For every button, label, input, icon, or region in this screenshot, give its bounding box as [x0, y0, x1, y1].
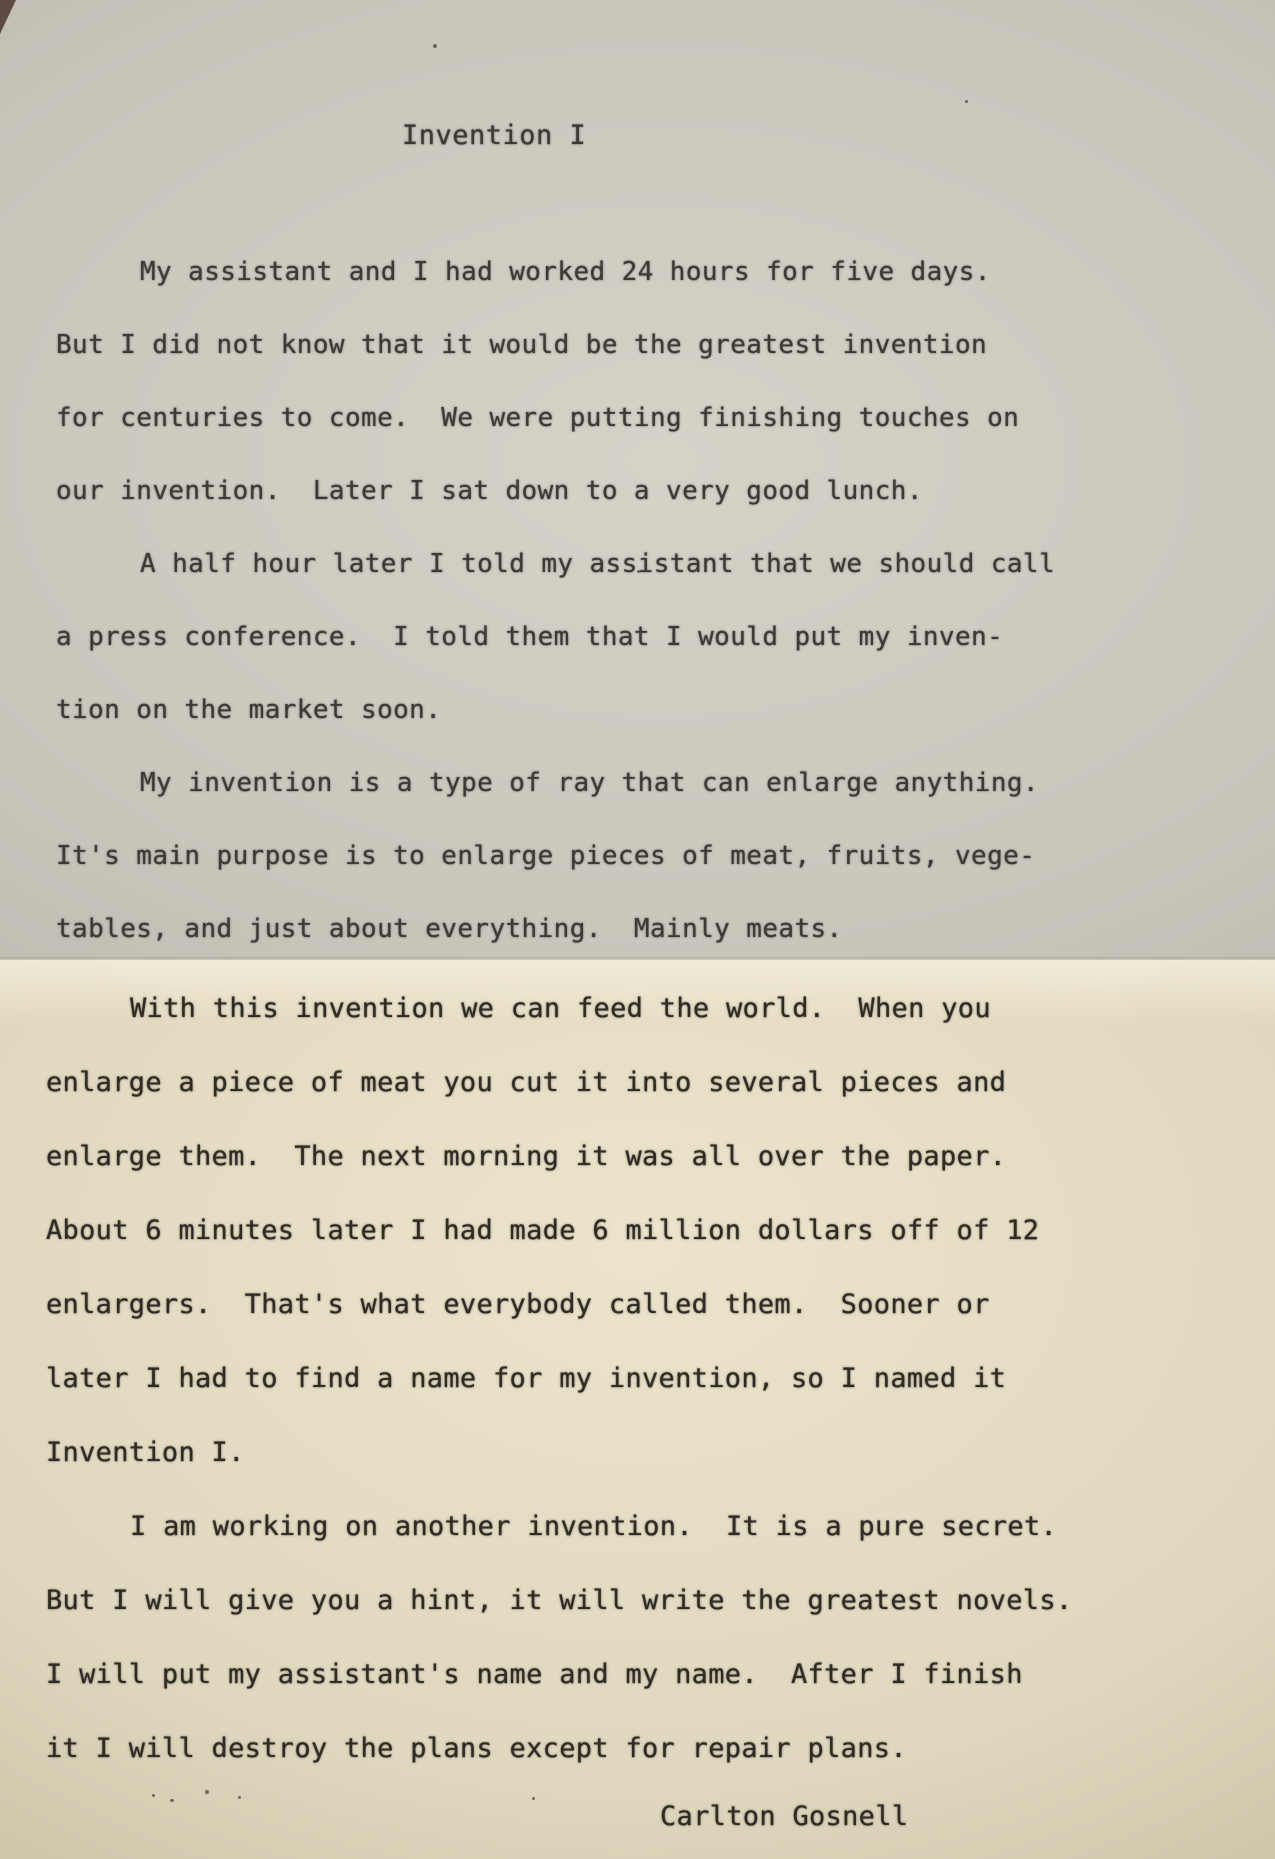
- ink-speck: [205, 1790, 209, 1794]
- signature: Carlton Gosnell: [0, 1801, 1275, 1832]
- ink-speck: [965, 100, 968, 103]
- ink-speck: [238, 1796, 241, 1799]
- text-line: Invention I.: [46, 1437, 1275, 1511]
- ink-speck: [433, 44, 437, 48]
- ink-speck: [532, 1797, 535, 1800]
- ink-speck: [170, 1799, 174, 1802]
- ink-speck: [637, 570, 640, 573]
- text-line: enlargers. That's what everybody called …: [46, 1289, 1275, 1363]
- typewritten-page: Invention I My assistant and I had worke…: [0, 0, 1275, 1859]
- text-line: I will put my assistant's name and my na…: [46, 1659, 1275, 1733]
- text-line: About 6 minutes later I had made 6 milli…: [46, 1215, 1275, 1289]
- text-line: our invention. Later I sat down to a ver…: [56, 476, 1275, 549]
- text-line: tion on the market soon.: [56, 695, 1275, 768]
- text-line: it I will destroy the plans except for r…: [46, 1733, 1275, 1807]
- text-line: My invention is a type of ray that can e…: [56, 768, 1275, 841]
- text-line: My assistant and I had worked 24 hours f…: [56, 257, 1275, 330]
- text-line: But I will give you a hint, it will writ…: [46, 1585, 1275, 1659]
- text-line: for centuries to come. We were putting f…: [56, 403, 1275, 476]
- page-section-top: Invention I My assistant and I had worke…: [0, 0, 1275, 960]
- text-line: later I had to find a name for my invent…: [46, 1363, 1275, 1437]
- text-line: But I did not know that it would be the …: [56, 330, 1275, 403]
- text-line: A half hour later I told my assistant th…: [56, 549, 1275, 622]
- ink-speck: [152, 1794, 155, 1797]
- page-section-bottom: With this invention we can feed the worl…: [0, 960, 1275, 1859]
- paragraph-lines-top: My assistant and I had worked 24 hours f…: [0, 257, 1275, 987]
- text-line: I am working on another invention. It is…: [46, 1511, 1275, 1585]
- text-line: enlarge a piece of meat you cut it into …: [46, 1067, 1275, 1141]
- text-line: It's main purpose is to enlarge pieces o…: [56, 841, 1275, 914]
- text-line: enlarge them. The next morning it was al…: [46, 1141, 1275, 1215]
- page-title: Invention I: [0, 0, 1275, 151]
- photo-seam-divider: [0, 957, 1275, 961]
- text-line: With this invention we can feed the worl…: [46, 993, 1275, 1067]
- paragraph-lines-bottom: With this invention we can feed the worl…: [0, 960, 1275, 1807]
- text-line: a press conference. I told them that I w…: [56, 622, 1275, 695]
